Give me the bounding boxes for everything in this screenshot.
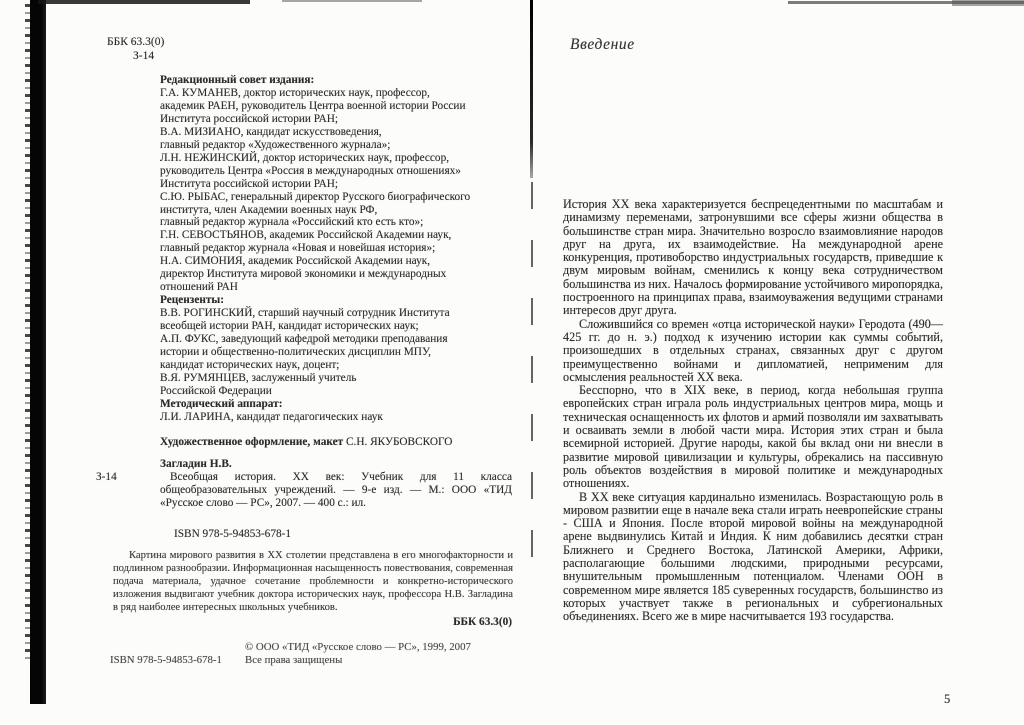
editorial-board-line: Г.А. КУМАНЕВ, доктор исторических наук, … [160,87,512,100]
editorial-board-line: главный редактор журнала «Новая и новейш… [160,242,512,255]
design-credit-label: Художественное оформление, макет [160,436,343,448]
catalog-entry-text: Всеобщая история. XX век: Учебник для 11… [160,471,512,510]
copyright-publisher-line: © ООО «ТИД «Русское слово — РС», 1999, 2… [245,641,512,654]
spine-fuzz-edge [25,4,30,664]
scan-edge-streak [952,0,1024,6]
introduction-paragraph: В XX веке ситуация кардинально изменилас… [563,491,943,624]
reviewer-line: истории и общественно-политических дисци… [160,346,512,359]
editorial-board-line: отношений РАН [160,281,512,294]
design-credit-name: С.Н. ЯКУБОВСКОГО [346,436,452,448]
methodical-heading: Методический аппарат: [160,398,512,411]
introduction-text-column: История XX века характеризуется беспреце… [563,198,943,624]
rights-cell: © ООО «ТИД «Русское слово — РС», 1999, 2… [245,641,512,667]
book-spine-scan-bar [30,0,46,704]
isbn-number-bottom: ISBN 978-5-94853-678-1 [110,654,245,667]
reviewer-line: Российской Федерации [160,385,512,398]
book-scan-spread: ББК 63.3(0) З-14 Редакционный совет изда… [0,0,1024,725]
editorial-board-line: академик РАЕН, руководитель Центра военн… [160,100,512,113]
imprint-column: Редакционный совет издания: Г.А. КУМАНЕВ… [160,74,512,667]
rights-reserved-line: Все права защищены [245,654,512,667]
methodical-section: Методический аппарат: Л.И. ЛАРИНА, канди… [160,398,512,424]
introduction-paragraph: Бесспорно, что в XIX веке, в период, ког… [563,384,943,490]
editorial-board-line: Л.Н. НЕЖИНСКИЙ, доктор исторических наук… [160,152,512,165]
methodical-line: Л.И. ЛАРИНА, кандидат педагогических нау… [160,411,512,424]
annotation-text: Картина мирового развития в XX столетии … [113,549,513,614]
editorial-board-line: В.А. МИЗИАНО, кандидат искусствоведения, [160,126,512,139]
page-gutter-line [530,0,533,178]
reviewer-line: В.В. РОГИНСКИЙ, старший научный сотрудни… [160,307,512,320]
reviewers-list: В.В. РОГИНСКИЙ, старший научный сотрудни… [160,307,512,398]
editorial-board-line: Г.Н. СЕВОСТЬЯНОВ, академик Российской Ак… [160,229,512,242]
reviewer-line: кандидат исторических наук, доцент; [160,359,512,372]
bbk-classification-top: ББК 63.3(0) З-14 [107,35,164,63]
copyright-block: ISBN 978-5-94853-678-1 © ООО «ТИД «Русск… [110,641,512,667]
editorial-board-section: Редакционный совет издания: Г.А. КУМАНЕВ… [160,74,512,294]
editorial-board-heading: Редакционный совет издания: [160,74,512,87]
chapter-running-head: Введение [570,36,635,54]
catalog-card-entry: Загладин Н.В. З-14 Всеобщая история. XX … [160,458,512,510]
reviewers-heading: Рецензенты: [160,294,512,307]
bbk-classification-bottom: ББК 63.3(0) [160,616,512,629]
reviewer-line: всеобщей истории РАН, кандидат историчес… [160,320,512,333]
page-gutter-dashes [531,182,533,582]
editorial-board-line: главный редактор «Художественного журнал… [160,139,512,152]
editorial-board-line: Н.А. СИМОНИЯ, академик Российской Академ… [160,255,512,268]
introduction-paragraph: История XX века характеризуется беспреце… [563,198,943,318]
catalog-index-code: З-14 [96,471,117,484]
isbn-number: ISBN 978-5-94853-678-1 [174,528,512,541]
page-number: 5 [944,692,950,707]
design-credit: Художественное оформление, макет С.Н. ЯК… [160,436,512,449]
editorial-board-line: главный редактор журнала «Российский кто… [160,216,512,229]
editorial-board-line: Института российской истории РАН; [160,113,512,126]
introduction-paragraph: Сложившийся со времен «отца исторической… [563,318,943,384]
methodical-list: Л.И. ЛАРИНА, кандидат педагогических нау… [160,411,512,424]
scan-edge-streak [38,0,250,4]
author-index-code: З-14 [133,49,164,63]
editorial-board-list: Г.А. КУМАНЕВ, доктор исторических наук, … [160,87,512,294]
scan-edge-streak [282,0,422,2]
catalog-author: Загладин Н.В. [160,458,512,471]
editorial-board-line: института, член Академии военных наук РФ… [160,204,512,217]
editorial-board-line: директор Института мировой экономики и м… [160,268,512,281]
reviewer-line: В.Я. РУМЯНЦЕВ, заслуженный учитель [160,372,512,385]
editorial-board-line: Института российской истории РАН; [160,178,512,191]
editorial-board-line: С.Ю. РЫБАС, генеральный директор Русског… [160,191,512,204]
reviewer-line: А.П. ФУКС, заведующий кафедрой методики … [160,333,512,346]
reviewers-section: Рецензенты: В.В. РОГИНСКИЙ, старший науч… [160,294,512,398]
editorial-board-line: руководитель Центра «Россия в международ… [160,165,512,178]
bbk-code: ББК 63.3(0) [107,35,164,49]
